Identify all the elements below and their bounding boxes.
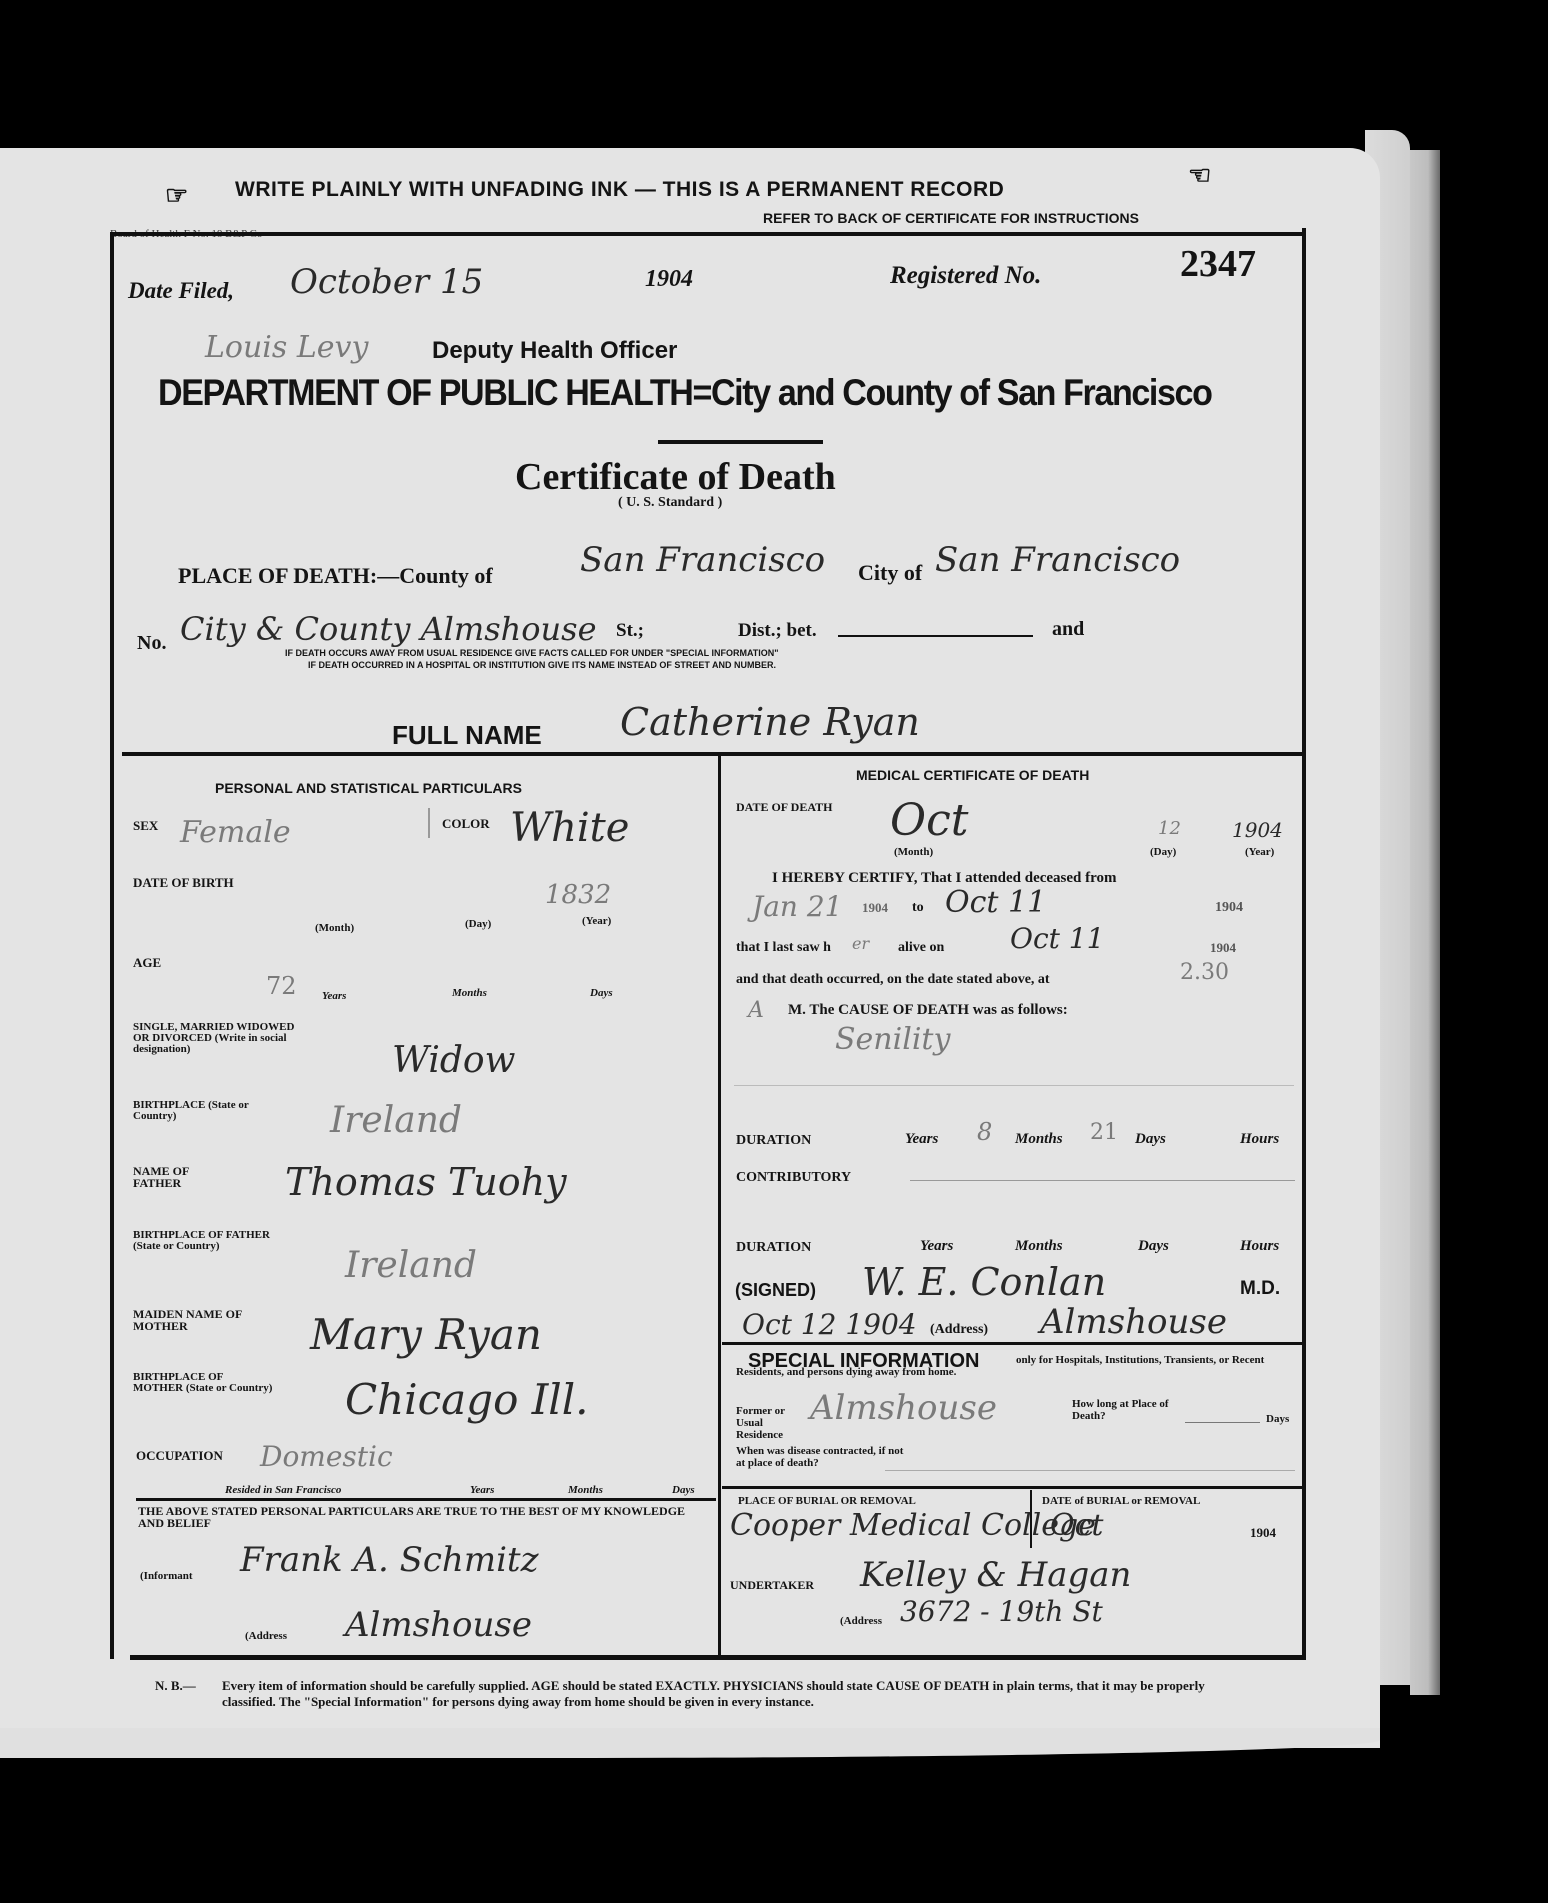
burial-rule	[722, 1486, 1302, 1489]
and-label: and	[1052, 618, 1084, 641]
color-label: COLOR	[442, 816, 490, 832]
residence-label: Former or Usual Residence	[736, 1405, 801, 1441]
medical-heading: MEDICAL CERTIFICATE OF DEATH	[856, 767, 1089, 783]
alive-on-label: alive on	[898, 940, 944, 956]
institution-value: City & County Almshouse	[180, 610, 597, 648]
duration-label: DURATION	[736, 1133, 811, 1149]
instructions-note: REFER TO BACK OF CERTIFICATE FOR INSTRUC…	[763, 210, 1139, 226]
dob-year-value: 1832	[545, 880, 611, 910]
undertaker-address-value: 3672 - 19th St	[900, 1595, 1103, 1628]
duration2-years-label: Years	[920, 1238, 953, 1255]
date-filed-year: 1904	[645, 266, 693, 293]
duration2-label: DURATION	[736, 1240, 811, 1256]
personal-heading: PERSONAL AND STATISTICAL PARTICULARS	[215, 780, 522, 796]
column-divider	[718, 756, 721, 1656]
contributory-line	[910, 1180, 1295, 1181]
note-line-1: IF DEATH OCCURS AWAY FROM USUAL RESIDENC…	[285, 648, 779, 658]
father-birthplace-label: BIRTHPLACE OF FATHER (State or Country)	[133, 1230, 273, 1252]
duration-days-label: Days	[1135, 1131, 1166, 1148]
last-saw-label: that I last saw h	[736, 940, 831, 956]
age-years-value: 72	[266, 972, 297, 1000]
mother-birthplace-value: Chicago Ill.	[345, 1375, 589, 1424]
note-line-2: IF DEATH OCCURRED IN A HOSPITAL OR INSTI…	[308, 660, 776, 670]
last-saw-suffix: er	[852, 934, 869, 953]
contracted-line	[885, 1470, 1295, 1471]
dod-year-value: 1904	[1232, 818, 1283, 842]
informant-value: Frank A. Schmitz	[240, 1540, 539, 1580]
top-banner: WRITE PLAINLY WITH UNFADING INK — THIS I…	[235, 178, 1004, 202]
title-rule	[658, 440, 823, 444]
officer-title: Deputy Health Officer	[432, 337, 677, 365]
burial-place-label: PLACE OF BURIAL OR REMOVAL	[738, 1495, 916, 1507]
standard-subtitle: ( U. S. Standard )	[618, 495, 722, 511]
cause-text: M. The CAUSE OF DEATH was as follows:	[788, 1002, 1068, 1019]
informant-address-value: Almshouse	[345, 1605, 532, 1645]
attended-to-year: 1904	[1215, 900, 1243, 916]
attest-text: THE ABOVE STATED PERSONAL PARTICULARS AR…	[138, 1505, 708, 1529]
duration-months-value: 8	[977, 1118, 992, 1146]
attended-to-value: Oct 11	[945, 885, 1046, 920]
pointing-hand-right-icon: ☜	[1188, 160, 1211, 191]
cause-line-2	[734, 1085, 1294, 1086]
dod-month-label: (Month)	[894, 846, 933, 858]
burial-place-value: Cooper Medical College	[730, 1508, 1096, 1543]
mother-birthplace-label: BIRTHPLACE OF MOTHER (State or Country)	[133, 1372, 273, 1394]
street-label: St.;	[616, 620, 644, 642]
father-value: Thomas Tuohy	[285, 1160, 567, 1204]
resided-months-label: Months	[568, 1484, 603, 1496]
age-months-label: Months	[452, 987, 487, 999]
physician-address-label: (Address)	[930, 1322, 988, 1338]
duration-hours-label: Hours	[1240, 1131, 1279, 1148]
full-name-label: FULL NAME	[392, 720, 542, 751]
dob-month-label: (Month)	[315, 922, 354, 934]
residence-value: Almshouse	[810, 1388, 997, 1428]
date-filed-label: Date Filed,	[128, 278, 234, 304]
place-of-death-label: PLACE OF DEATH:—County of	[178, 563, 493, 589]
signed-date: Oct 12 1904	[742, 1308, 917, 1341]
dod-day-label: (Day)	[1150, 846, 1176, 858]
resided-years-label: Years	[470, 1484, 494, 1496]
last-saw-date: Oct 11	[1010, 922, 1104, 955]
border-left	[110, 234, 114, 1659]
duration-months-label: Months	[1015, 1131, 1063, 1148]
attended-from-value: Jan 21	[752, 890, 842, 923]
special-heading-note: only for Hospitals, Institutions, Transi…	[736, 1354, 1296, 1378]
cause-value: Senility	[835, 1022, 950, 1057]
death-time-value: 2.30	[1180, 960, 1229, 985]
physician-address-value: Almshouse	[1040, 1302, 1227, 1342]
city-label: City of	[858, 560, 922, 586]
duration-years-label: Years	[905, 1131, 938, 1148]
burial-date-label: DATE of BURIAL or REMOVAL	[1042, 1495, 1200, 1507]
footnote-lead: N. B.—	[155, 1678, 196, 1694]
book-page-edge-back	[1410, 150, 1440, 1695]
resided-days-label: Days	[672, 1484, 695, 1496]
date-filed-value: October 15	[290, 262, 483, 302]
last-saw-year: 1904	[1210, 940, 1236, 956]
occupation-value: Domestic	[260, 1440, 393, 1473]
mother-value: Mary Ryan	[310, 1310, 542, 1359]
age-label: AGE	[133, 955, 161, 971]
district-label: Dist.; bet.	[738, 620, 817, 642]
dob-year-label: (Year)	[582, 915, 611, 927]
border-top	[110, 232, 1306, 236]
special-rule	[722, 1342, 1302, 1345]
dod-label: DATE OF DEATH	[736, 800, 832, 815]
how-long-line	[1185, 1422, 1260, 1423]
physician-signature: W. E. Conlan	[862, 1260, 1106, 1304]
marital-label: SINGLE, MARRIED WIDOWED OR DIVORCED (Wri…	[133, 1022, 313, 1055]
duration-days-value: 21	[1090, 1120, 1118, 1145]
father-birthplace-value: Ireland	[345, 1245, 477, 1286]
registered-number: 2347	[1180, 242, 1256, 286]
contracted-label: When was disease contracted, if not at p…	[736, 1445, 906, 1469]
age-years-label: Years	[322, 990, 346, 1002]
duration2-hours-label: Hours	[1240, 1238, 1279, 1255]
color-value: White	[510, 805, 629, 851]
contributory-label: CONTRIBUTORY	[736, 1170, 851, 1186]
officer-signature: Louis Levy	[205, 330, 368, 365]
to-label: to	[912, 900, 924, 916]
attest-rule	[136, 1498, 716, 1501]
pointing-hand-left-icon: ☞	[165, 180, 188, 211]
border-right	[1302, 228, 1306, 1658]
dob-label: DATE OF BIRTH	[133, 875, 234, 891]
undertaker-label: UNDERTAKER	[730, 1578, 814, 1593]
dob-day-label: (Day)	[465, 918, 491, 930]
birthplace-value: Ireland	[330, 1100, 462, 1141]
meridiem-value: A	[748, 998, 764, 1023]
father-label: NAME OF FATHER	[133, 1165, 223, 1189]
dod-day-value: 12	[1158, 818, 1181, 839]
district-line	[838, 635, 1033, 637]
city-value: San Francisco	[935, 540, 1180, 580]
burial-date-year: 1904	[1250, 1525, 1276, 1541]
full-name-value: Catherine Ryan	[620, 700, 920, 744]
footnote-text: Every item of information should be care…	[222, 1678, 1222, 1710]
death-occurred-text: and that death occurred, on the date sta…	[736, 972, 1050, 988]
undertaker-address-label: (Address	[840, 1615, 882, 1627]
mother-label: MAIDEN NAME OF MOTHER	[133, 1308, 263, 1332]
county-value: San Francisco	[580, 540, 825, 580]
dod-year-label: (Year)	[1245, 846, 1274, 858]
occupation-label: OCCUPATION	[136, 1448, 223, 1464]
age-days-label: Days	[590, 987, 613, 999]
md-label: M.D.	[1240, 1278, 1280, 1300]
how-long-label: How long at Place of Death?	[1072, 1398, 1182, 1422]
birthplace-label: BIRTHPLACE (State or Country)	[133, 1100, 273, 1122]
informant-label: (Informant	[140, 1570, 193, 1582]
duration2-months-label: Months	[1015, 1238, 1063, 1255]
duration2-days-label: Days	[1138, 1238, 1169, 1255]
sex-color-divider	[428, 808, 430, 838]
burial-date-value: Oct	[1050, 1508, 1103, 1543]
department-title: DEPARTMENT OF PUBLIC HEALTH=City and Cou…	[158, 372, 1212, 414]
sex-label: SEX	[133, 818, 158, 834]
registered-label: Registered No.	[890, 262, 1041, 290]
undertaker-value: Kelley & Hagan	[860, 1555, 1131, 1595]
marital-value: Widow	[392, 1040, 515, 1081]
how-long-days-label: Days	[1266, 1413, 1289, 1425]
signed-label: (SIGNED)	[735, 1280, 816, 1301]
sex-value: Female	[180, 815, 291, 850]
dod-month-value: Oct	[890, 795, 968, 846]
section-divider	[122, 752, 1302, 756]
informant-address-label: (Address	[245, 1630, 287, 1642]
resided-label: Resided in San Francisco	[225, 1484, 341, 1496]
certificate-title: Certificate of Death	[515, 455, 836, 499]
no-label: No.	[137, 632, 166, 655]
attended-from-year: 1904	[862, 900, 888, 916]
